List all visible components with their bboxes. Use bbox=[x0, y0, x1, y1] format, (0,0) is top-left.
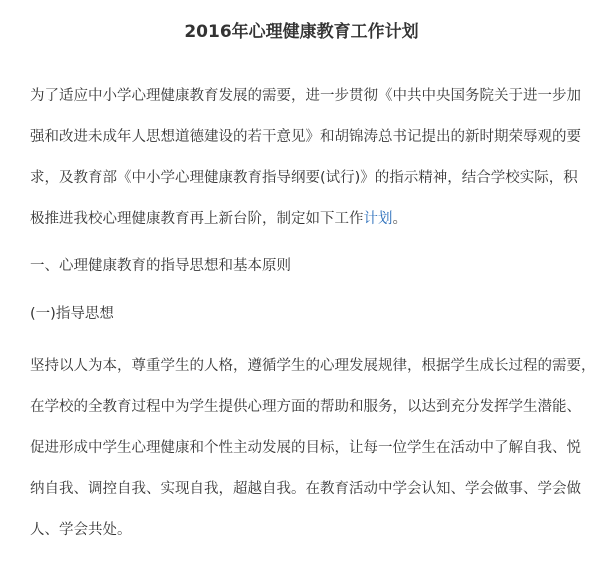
body-line: 在学校的全教育过程中为学生提供心理方面的帮助和服务，以达到充分发挥学生潜能、 bbox=[30, 387, 590, 428]
intro-line-last: 极推进我校心理健康教育再上新台阶，制定如下工作计划。 bbox=[30, 199, 590, 240]
body-line: 促进形成中学生心理健康和个性主动发展的目标，让每一位学生在活动中了解自我、悦 bbox=[30, 428, 590, 469]
intro-line: 强和改进未成年人思想道德建设的若干意见》和胡锦涛总书记提出的新时期荣辱观的要 bbox=[30, 117, 590, 158]
body-line: 纳自我、调控自我、实现自我，超越自我。在教育活动中学会认知、学会做事、学会做 bbox=[30, 469, 590, 510]
body-paragraph: 坚持以人为本，尊重学生的人格，遵循学生的心理发展规律，根据学生成长过程的需要， … bbox=[30, 346, 590, 551]
subsection-heading: (一)指导思想 bbox=[30, 294, 590, 335]
document-title: 2016年心理健康教育工作计划 bbox=[0, 20, 603, 44]
body-line: 人、学会共处。 bbox=[30, 510, 590, 551]
body-line: 坚持以人为本，尊重学生的人格，遵循学生的心理发展规律，根据学生成长过程的需要， bbox=[30, 346, 590, 387]
subsection-heading-text: (一)指导思想 bbox=[30, 294, 590, 335]
intro-line: 为了适应中小学心理健康教育发展的需要，进一步贯彻《中共中央国务院关于进一步加 bbox=[30, 76, 590, 117]
section-heading-text: 一、心理健康教育的指导思想和基本原则 bbox=[30, 246, 590, 287]
intro-last-suffix: 。 bbox=[393, 211, 408, 227]
intro-last-prefix: 极推进我校心理健康教育再上新台阶，制定如下工作 bbox=[30, 211, 364, 227]
plan-link[interactable]: 计划 bbox=[364, 211, 393, 227]
intro-paragraph: 为了适应中小学心理健康教育发展的需要，进一步贯彻《中共中央国务院关于进一步加 强… bbox=[30, 76, 590, 240]
section-heading: 一、心理健康教育的指导思想和基本原则 bbox=[30, 246, 590, 287]
intro-line: 求，及教育部《中小学心理健康教育指导纲要(试行)》的指示精神，结合学校实际，积 bbox=[30, 158, 590, 199]
